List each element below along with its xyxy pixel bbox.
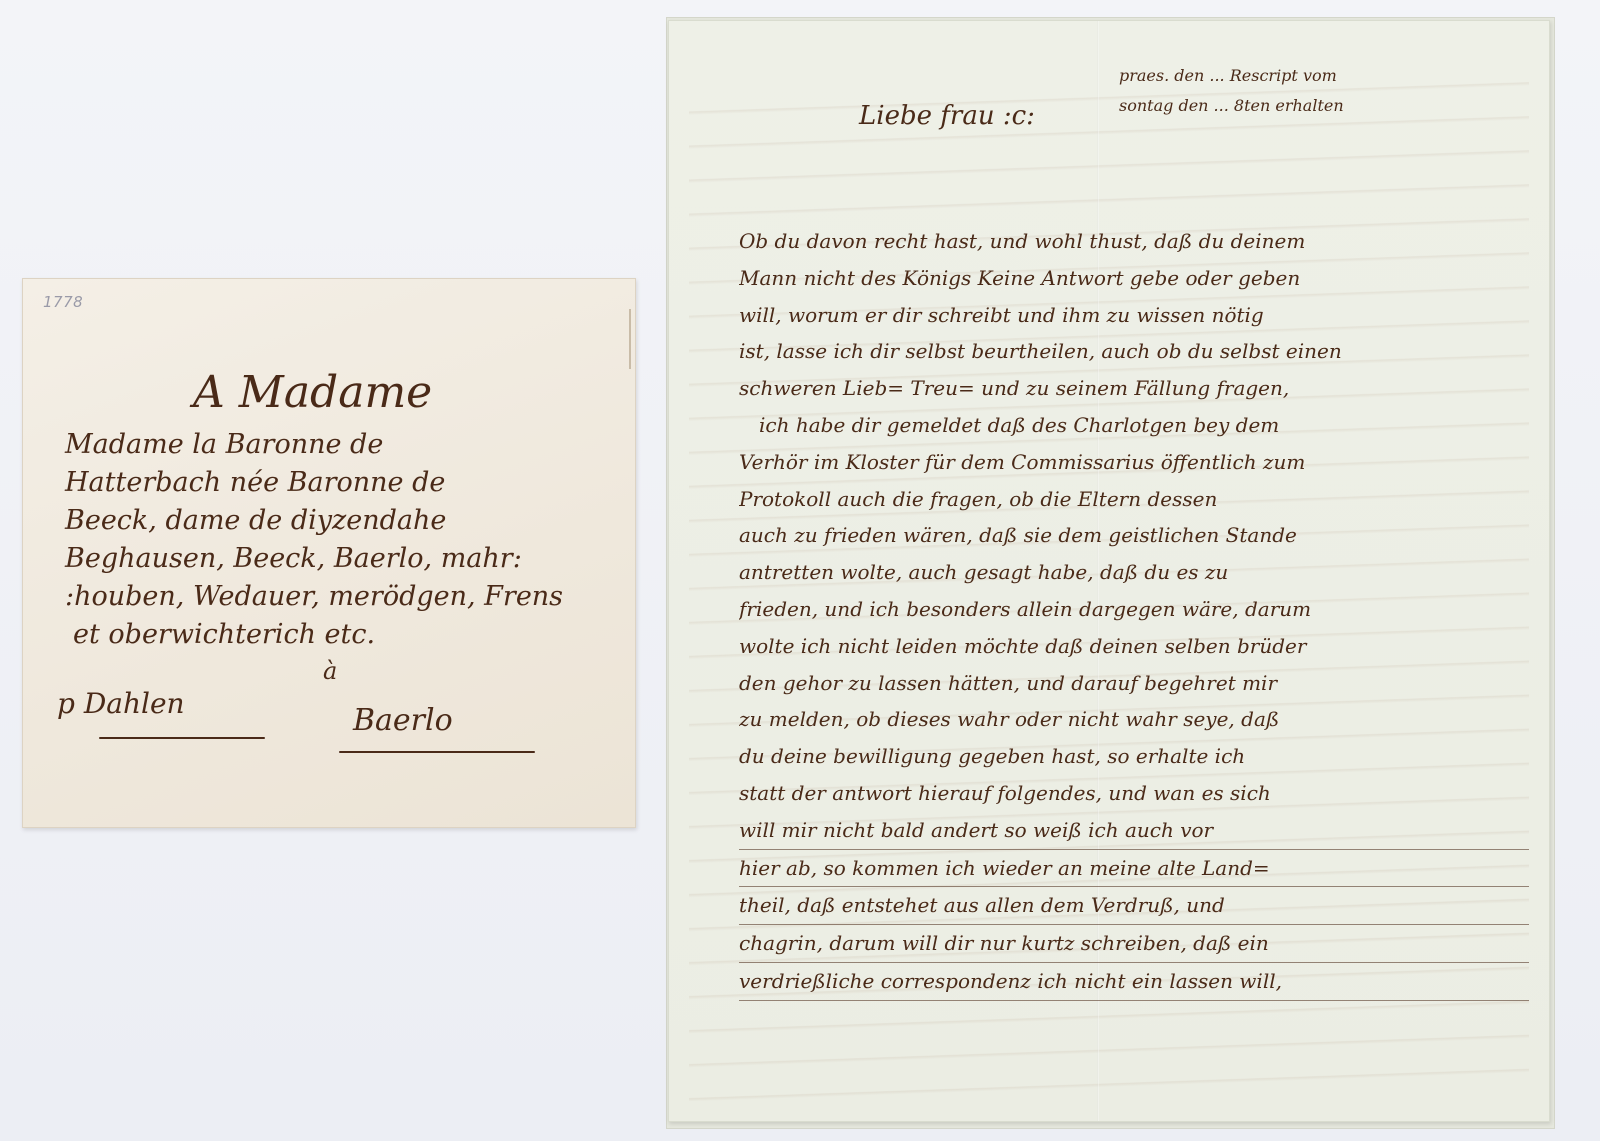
- destination-prefix: à: [323, 657, 337, 685]
- letter-line: du deine bewilligung gegeben hast, so er…: [739, 738, 1529, 775]
- address-line: et oberwichterich etc.: [73, 619, 375, 650]
- envelope-cover: 1778 A Madame Madame la Baronne de Hatte…: [22, 278, 636, 828]
- letter-line: ich habe dir gemeldet daß des Charlotgen…: [739, 407, 1529, 444]
- letter-page: praes. den ... Rescript vom sontag den .…: [668, 20, 1550, 1122]
- letter-body: Ob du davon recht hast, und wohl thust, …: [739, 223, 1529, 1001]
- marginal-note: praes. den ... Rescript vom sontag den .…: [1119, 61, 1344, 121]
- letter-line: Ob du davon recht hast, und wohl thust, …: [739, 223, 1529, 260]
- marginal-note-line: sontag den ... 8ten erhalten: [1119, 91, 1344, 121]
- letter-line: schweren Lieb= Treu= und zu seinem Fällu…: [739, 370, 1529, 407]
- address-line: Beghausen, Beeck, Baerlo, mahr:: [65, 543, 522, 574]
- letter-line: Mann nicht des Königs Keine Antwort gebe…: [739, 260, 1529, 297]
- letter-salutation: Liebe frau :c:: [859, 101, 1035, 131]
- address-line: Hatterbach née Baronne de: [65, 467, 445, 498]
- letter-line: Protokoll auch die fragen, ob die Eltern…: [739, 481, 1529, 518]
- letter-line: hier ab, so kommen ich wieder an meine a…: [739, 850, 1529, 888]
- address-line: Madame la Baronne de: [65, 429, 383, 460]
- letter-line: zu melden, ob dieses wahr oder nicht wah…: [739, 701, 1529, 738]
- letter-line: chagrin, darum will dir nur kurtz schrei…: [739, 925, 1529, 963]
- address-header: A Madame: [193, 367, 432, 418]
- letter-line: statt der antwort hierauf folgendes, und…: [739, 775, 1529, 812]
- destination-town: Baerlo: [353, 703, 453, 738]
- letter-line: ist, lasse ich dir selbst beurtheilen, a…: [739, 333, 1529, 370]
- letter-line: den gehor zu lassen hätten, und darauf b…: [739, 665, 1529, 702]
- postal-route-underline: [99, 737, 265, 739]
- envelope-fold-edge: [629, 309, 631, 369]
- postal-route: p Dahlen: [57, 687, 185, 720]
- archive-date-note: 1778: [43, 293, 83, 311]
- address-line: Beeck, dame de diyzendahe: [65, 505, 446, 536]
- address-line: :houben, Wedauer, merödgen, Frens: [65, 581, 563, 612]
- letter-line: will mir nicht bald andert so weiß ich a…: [739, 812, 1529, 850]
- destination-underline: [339, 751, 535, 753]
- letter-line: will, worum er dir schreibt und ihm zu w…: [739, 297, 1529, 334]
- letter-line: wolte ich nicht leiden möchte daß deinen…: [739, 628, 1529, 665]
- letter-line: auch zu frieden wären, daß sie dem geist…: [739, 517, 1529, 554]
- letter-line: theil, daß entstehet aus allen dem Verdr…: [739, 887, 1529, 925]
- letter-line: frieden, und ich besonders allein dargeg…: [739, 591, 1529, 628]
- marginal-note-line: praes. den ... Rescript vom: [1119, 61, 1344, 91]
- letter-line: antretten wolte, auch gesagt habe, daß d…: [739, 554, 1529, 591]
- letter-line: Verhör im Kloster für dem Commissarius ö…: [739, 444, 1529, 481]
- letter-line: verdrießliche correspondenz ich nicht ei…: [739, 963, 1529, 1001]
